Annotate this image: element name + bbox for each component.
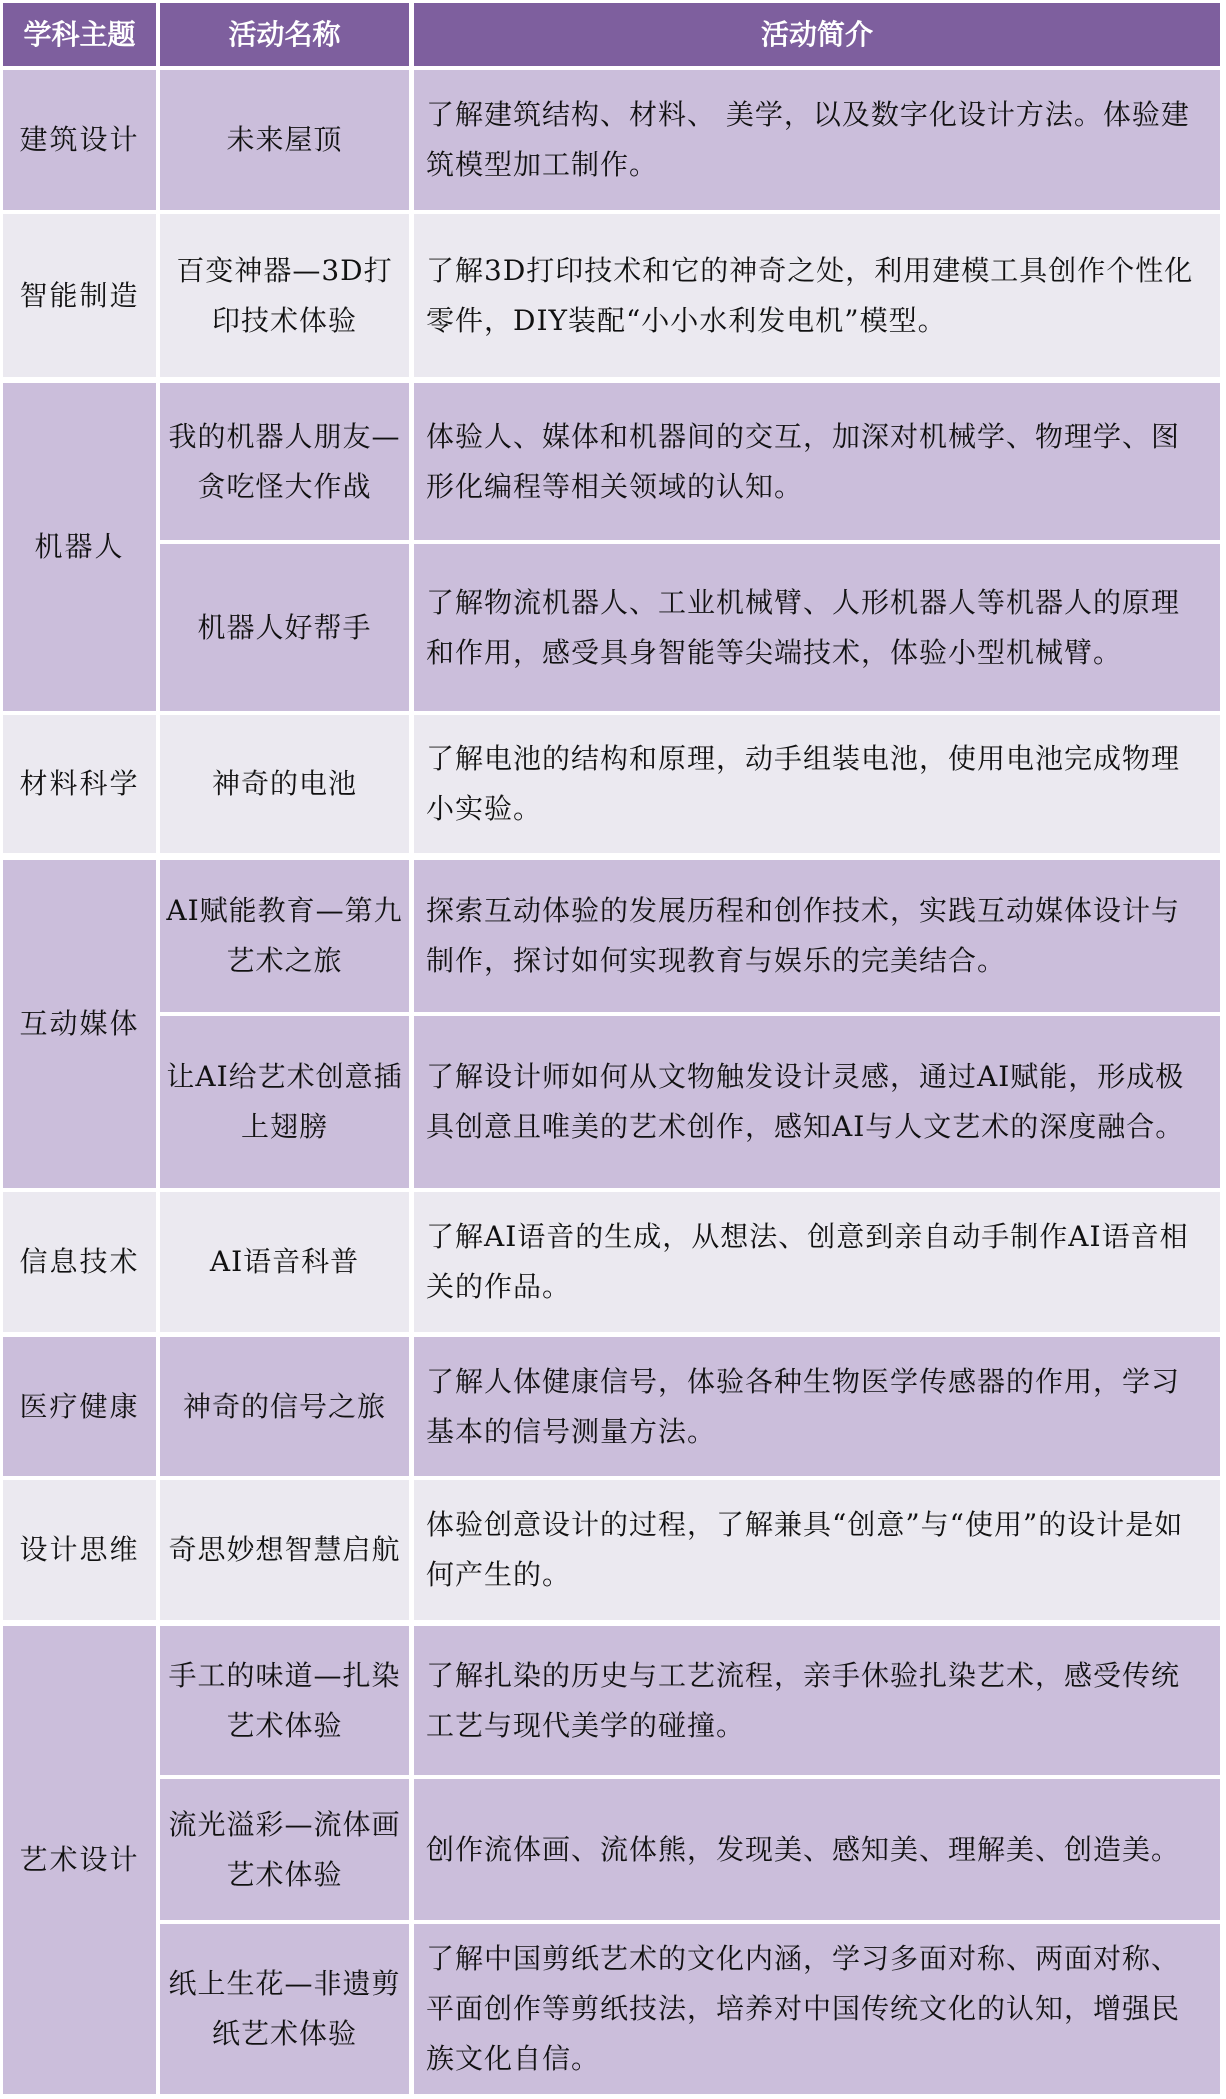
header-activity-name-label: 活动名称 xyxy=(228,10,340,60)
activity-name-cell: 神奇的信号之旅 xyxy=(160,1337,409,1476)
activity-desc-cell: 了解设计师如何从文物触发设计灵感，通过AI赋能，形成极具创意且唯美的艺术创作，感… xyxy=(414,1016,1220,1188)
activity-desc-cell: 体验创意设计的过程，了解兼具“创意”与“使用”的设计是如何产生的。 xyxy=(414,1480,1220,1620)
activity-name: 流光溢彩—流体画艺术体验 xyxy=(166,1800,403,1900)
activity-desc-cell: 体验人、媒体和机器间的交互，加深对机械学、物理学、图形化编程等相关领域的认知。 xyxy=(414,383,1220,540)
subject-cell: 材料科学 xyxy=(3,715,156,853)
subject-cell: 医疗健康 xyxy=(3,1337,156,1476)
activity-name-cell: 我的机器人朋友—贪吃怪大作战 xyxy=(160,383,409,540)
activity-name: 百变神器—3D打印技术体验 xyxy=(166,246,403,346)
activity-name-cell: AI赋能教育—第九艺术之旅 xyxy=(160,860,409,1012)
activity-desc-cell: 了解物流机器人、工业机械臂、人形机器人等机器人的原理和作用，感受具身智能等尖端技… xyxy=(414,544,1220,711)
activity-name-cell: 奇思妙想智慧启航 xyxy=(160,1480,409,1620)
activity-desc: 了解AI语音的生成，从想法、创意到亲自动手制作AI语音相关的作品。 xyxy=(426,1212,1206,1312)
activity-name-cell: 让AI给艺术创意插上翅膀 xyxy=(160,1016,409,1188)
activity-name-cell: 机器人好帮手 xyxy=(160,544,409,711)
header-subject: 学科主题 xyxy=(3,3,156,66)
subject-label: 材料科学 xyxy=(19,759,139,809)
activity-desc-cell: 了解建筑结构、材料、 美学，以及数字化设计方法。体验建筑模型加工制作。 xyxy=(414,70,1220,210)
activity-desc-cell: 了解人体健康信号，体验各种生物医学传感器的作用，学习基本的信号测量方法。 xyxy=(414,1337,1220,1476)
activity-desc: 了解3D打印技术和它的神奇之处，利用建模工具创作个性化零件，DIY装配“小小水利… xyxy=(426,246,1206,346)
subject-cell: 信息技术 xyxy=(3,1192,156,1332)
activity-desc-cell: 了解AI语音的生成，从想法、创意到亲自动手制作AI语音相关的作品。 xyxy=(414,1192,1220,1332)
activity-desc: 了解人体健康信号，体验各种生物医学传感器的作用，学习基本的信号测量方法。 xyxy=(426,1357,1206,1457)
activity-name: 未来屋顶 xyxy=(226,115,342,165)
activity-desc-cell: 创作流体画、流体熊，发现美、感知美、理解美、创造美。 xyxy=(414,1779,1220,1920)
activity-name-cell: 未来屋顶 xyxy=(160,70,409,210)
activity-desc: 了解物流机器人、工业机械臂、人形机器人等机器人的原理和作用，感受具身智能等尖端技… xyxy=(426,578,1206,678)
subject-cell: 机器人 xyxy=(3,383,156,711)
activity-desc-cell: 了解扎染的历史与工艺流程，亲手休验扎染艺术，感受传统工艺与现代美学的碰撞。 xyxy=(414,1626,1220,1775)
header-activity-desc: 活动简介 xyxy=(414,3,1220,66)
subject-label: 医疗健康 xyxy=(19,1382,139,1432)
subject-cell: 艺术设计 xyxy=(3,1626,156,2094)
subject-cell: 建筑设计 xyxy=(3,70,156,210)
activity-desc-cell: 了解3D打印技术和它的神奇之处，利用建模工具创作个性化零件，DIY装配“小小水利… xyxy=(414,214,1220,377)
activity-name: 我的机器人朋友—贪吃怪大作战 xyxy=(166,412,403,512)
activity-name-cell: 神奇的电池 xyxy=(160,715,409,853)
subject-label: 设计思维 xyxy=(19,1525,139,1575)
activity-name: 手工的味道—扎染艺术体验 xyxy=(166,1651,403,1751)
activity-name-cell: 流光溢彩—流体画艺术体验 xyxy=(160,1779,409,1920)
activity-desc: 体验人、媒体和机器间的交互，加深对机械学、物理学、图形化编程等相关领域的认知。 xyxy=(426,412,1206,512)
activity-name: AI语音科普 xyxy=(210,1237,359,1287)
activity-desc: 探索互动体验的发展历程和创作技术，实践互动媒体设计与制作，探讨如何实现教育与娱乐… xyxy=(426,886,1206,986)
header-activity-name: 活动名称 xyxy=(160,3,409,66)
activity-desc: 了解电池的结构和原理，动手组装电池，使用电池完成物理小实验。 xyxy=(426,734,1206,834)
activity-name: 神奇的电池 xyxy=(212,759,357,809)
subject-label: 机器人 xyxy=(34,522,124,572)
activity-name-cell: 纸上生花—非遗剪纸艺术体验 xyxy=(160,1924,409,2094)
activity-desc: 了解设计师如何从文物触发设计灵感，通过AI赋能，形成极具创意且唯美的艺术创作，感… xyxy=(426,1052,1206,1152)
header-activity-desc-label: 活动简介 xyxy=(761,10,873,60)
activity-name-cell: 手工的味道—扎染艺术体验 xyxy=(160,1626,409,1775)
header-subject-label: 学科主题 xyxy=(23,10,135,60)
activity-name: 奇思妙想智慧启航 xyxy=(168,1525,400,1575)
activity-desc: 了解建筑结构、材料、 美学，以及数字化设计方法。体验建筑模型加工制作。 xyxy=(426,90,1206,190)
activity-desc: 体验创意设计的过程，了解兼具“创意”与“使用”的设计是如何产生的。 xyxy=(426,1500,1206,1600)
activity-desc-cell: 了解电池的结构和原理，动手组装电池，使用电池完成物理小实验。 xyxy=(414,715,1220,853)
activity-name-cell: 百变神器—3D打印技术体验 xyxy=(160,214,409,377)
activity-name: 机器人好帮手 xyxy=(197,603,371,653)
subject-label: 艺术设计 xyxy=(19,1835,139,1885)
subject-label: 智能制造 xyxy=(19,271,139,321)
activity-desc: 了解中国剪纸艺术的文化内涵，学习多面对称、两面对称、平面创作等剪纸技法，培养对中… xyxy=(426,1934,1206,2084)
subject-label: 信息技术 xyxy=(19,1237,139,1287)
activity-name-cell: AI语音科普 xyxy=(160,1192,409,1332)
subject-label: 互动媒体 xyxy=(19,999,139,1049)
activity-desc-cell: 探索互动体验的发展历程和创作技术，实践互动媒体设计与制作，探讨如何实现教育与娱乐… xyxy=(414,860,1220,1012)
activity-name: 让AI给艺术创意插上翅膀 xyxy=(166,1052,403,1152)
subject-cell: 智能制造 xyxy=(3,214,156,377)
activity-desc-cell: 了解中国剪纸艺术的文化内涵，学习多面对称、两面对称、平面创作等剪纸技法，培养对中… xyxy=(414,1924,1220,2094)
activity-name: AI赋能教育—第九艺术之旅 xyxy=(166,886,403,986)
subject-cell: 互动媒体 xyxy=(3,860,156,1188)
subject-cell: 设计思维 xyxy=(3,1480,156,1620)
subject-label: 建筑设计 xyxy=(19,115,139,165)
activity-desc: 了解扎染的历史与工艺流程，亲手休验扎染艺术，感受传统工艺与现代美学的碰撞。 xyxy=(426,1651,1206,1751)
activity-name: 纸上生花—非遗剪纸艺术体验 xyxy=(166,1959,403,2059)
activity-name: 神奇的信号之旅 xyxy=(183,1382,386,1432)
activity-desc: 创作流体画、流体熊，发现美、感知美、理解美、创造美。 xyxy=(426,1825,1180,1875)
